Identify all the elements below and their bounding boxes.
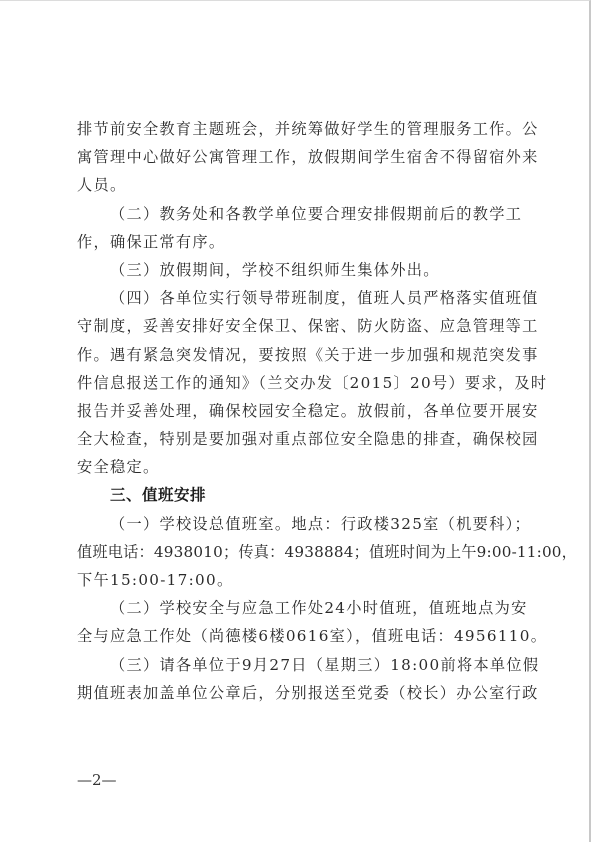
paragraph-start-2: （二）教务处和各教学单位要合理安排假期前后的教学工 (77, 200, 527, 228)
text-line: 下午15:00-17:00。 (77, 566, 527, 594)
section-heading-duty-arrangement: 三、值班安排 (77, 481, 527, 509)
text-line: 作，确保正常有序。 (77, 228, 527, 256)
text-line: 全与应急工作处（尚德楼6楼0616室），值班电话：4956110。 (77, 622, 527, 650)
paragraph-start-3: （三）放假期间，学校不组织师生集体外出。 (77, 256, 527, 284)
text-line: 值班电话：4938010；传真：4938884；值班时间为上午9:00-11:0… (77, 538, 527, 566)
text-line: 全大检查，特别是要加强对重点部位安全隐患的排查，确保校园 (77, 425, 527, 453)
paragraph-start-4: （四）各单位实行领导带班制度，值班人员严格落实值班值 (77, 284, 527, 312)
paragraph-start-duty-2: （二）学校安全与应急工作处24小时值班，值班地点为安 (77, 594, 527, 622)
text-line: 报告并妥善处理，确保校园安全稳定。放假前，各单位要开展安 (77, 397, 527, 425)
document-page: 排节前安全教育主题班会，并统筹做好学生的管理服务工作。公 寓管理中心做好公寓管理… (0, 0, 591, 842)
text-line: 安全稳定。 (77, 453, 527, 481)
page-number: —2— (77, 771, 117, 789)
paragraph-start-duty-1: （一）学校设总值班室。地点：行政楼325室（机要科）； (77, 510, 527, 538)
text-line: 寓管理中心做好公寓管理工作，放假期间学生宿舍不得留宿外来 (77, 143, 527, 171)
text-line: 人员。 (77, 171, 527, 199)
text-line: 作。遇有紧急突发情况，要按照《关于进一步加强和规范突发事 (77, 341, 527, 369)
text-line: 件信息报送工作的通知》（兰交办发〔2015〕20号）要求，及时 (77, 369, 527, 397)
text-line: 期值班表加盖单位公章后，分别报送至党委（校长）办公室行政 (77, 679, 527, 707)
text-line: 排节前安全教育主题班会，并统筹做好学生的管理服务工作。公 (77, 115, 527, 143)
document-body: 排节前安全教育主题班会，并统筹做好学生的管理服务工作。公 寓管理中心做好公寓管理… (77, 115, 527, 707)
text-line: 守制度，妥善安排好安全保卫、保密、防火防盗、应急管理等工 (77, 312, 527, 340)
paragraph-start-duty-3: （三）请各单位于9月27日（星期三）18:00前将本单位假 (77, 651, 527, 679)
